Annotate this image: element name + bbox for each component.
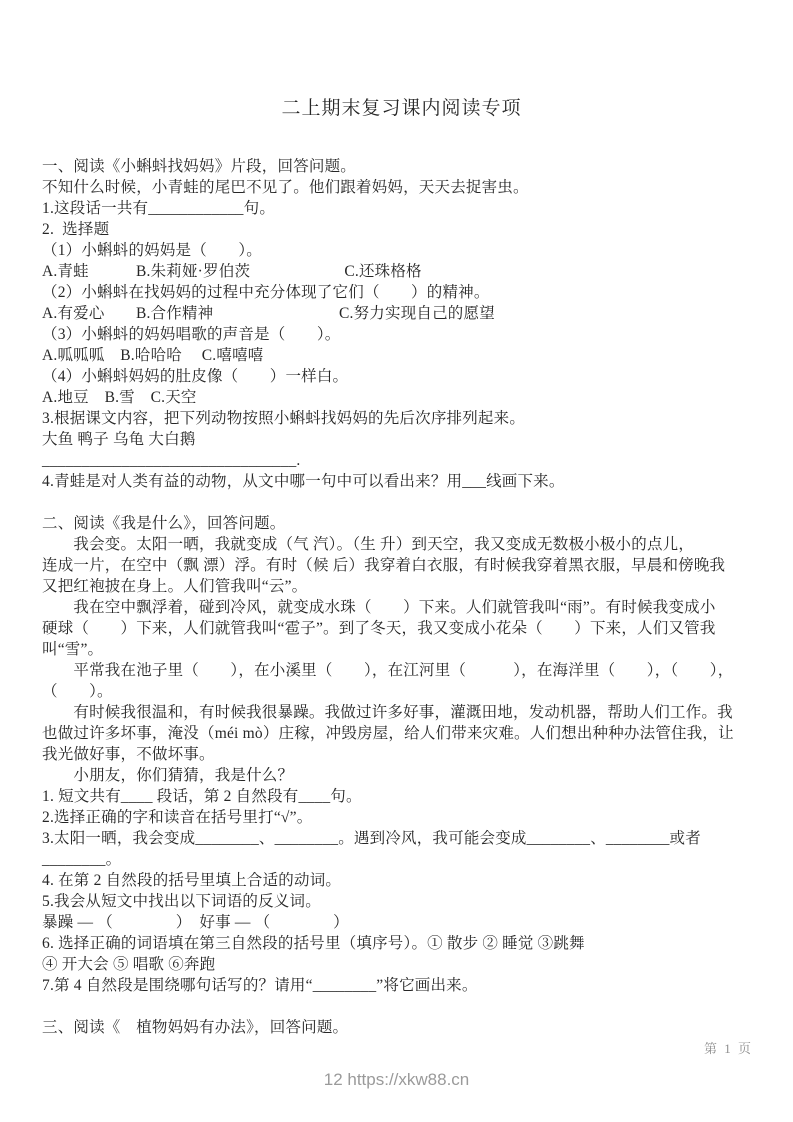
doc-line: 2.选择正确的字和读音在括号里打“√”。 <box>42 807 761 828</box>
doc-line: 4.青蛙是对人类有益的动物，从文中哪一句中可以看出来？用___线画下来。 <box>42 471 761 492</box>
doc-line: A.青蛙 B.朱莉娅·罗伯茨 C.还珠格格 <box>42 261 761 282</box>
doc-line: 不知什么时候，小青蛙的尾巴不见了。他们跟着妈妈，天天去捉害虫。 <box>42 177 761 198</box>
doc-line: A.呱呱呱 B.哈哈哈 C.嘻嘻嘻 <box>42 345 761 366</box>
watermark-url: 12 https://xkw88.cn <box>0 1070 793 1090</box>
section-1-heading: 一、阅读《小蝌蚪找妈妈》片段，回答问题。 <box>42 156 761 177</box>
doc-line: A.有爱心 B.合作精神 C.努力实现自己的愿望 <box>42 303 761 324</box>
doc-line: （1）小蝌蚪的妈妈是（ ）。 <box>42 240 761 261</box>
doc-line: 3.根据课文内容，把下列动物按照小蝌蚪找妈妈的先后次序排列起来。 <box>42 408 761 429</box>
section-2-heading: 二、阅读《我是什么》，回答问题。 <box>42 513 761 534</box>
doc-line: 也做过许多坏事，淹没（méi mò）庄稼，冲毁房屋，给人们带来灾难。人们想出种种… <box>42 723 761 744</box>
page-number: 第 1 页 <box>704 1038 753 1057</box>
doc-line: （ ）。 <box>42 681 761 702</box>
blank-line <box>42 492 761 513</box>
doc-line: 叫“雪”。 <box>42 639 761 660</box>
doc-line: 我在空中飘浮着，碰到冷风，就变成水珠（ ）下来。人们就管我叫“雨”。有时候我变成… <box>42 597 761 618</box>
doc-line: 6. 选择正确的词语填在第三自然段的括号里（填序号）。① 散步 ② 睡觉 ③跳舞 <box>42 933 761 954</box>
doc-line: 4. 在第 2 自然段的括号里填上合适的动词。 <box>42 870 761 891</box>
doc-line: （3）小蝌蚪的妈妈唱歌的声音是（ ）。 <box>42 324 761 345</box>
doc-line: 大鱼 鸭子 乌龟 大白鹅 <box>42 429 761 450</box>
doc-line: 平常我在池子里（ ），在小溪里（ ），在江河里（ ），在海洋里（ ），（ ）， <box>42 660 761 681</box>
doc-line: 暴躁 — （ ） 好事 — （ ） <box>42 912 761 933</box>
doc-line: 有时候我很温和，有时候我很暴躁。我做过许多好事，灌溉田地，发动机器，帮助人们工作… <box>42 702 761 723</box>
doc-line: 又把红袍披在身上。人们管我叫“云”。 <box>42 576 761 597</box>
blank-line <box>42 996 761 1017</box>
page-title: 二上期末复习课内阅读专项 <box>42 96 761 122</box>
doc-line: （4）小蝌蚪妈妈的肚皮像（ ）一样白。 <box>42 366 761 387</box>
doc-line: A.地豆 B.雪 C.天空 <box>42 387 761 408</box>
doc-line: 我会变。太阳一晒，我就变成（气 汽）。（生 升）到天空，我又变成无数极小极小的点… <box>42 534 761 555</box>
answer-blank-line: ________________________________. <box>42 450 761 471</box>
doc-line: 5.我会从短文中找出以下词语的反义词。 <box>42 891 761 912</box>
doc-line: 1. 短文共有____ 段话，第 2 自然段有____句。 <box>42 786 761 807</box>
doc-line: 2. 选择题 <box>42 219 761 240</box>
doc-line: 3.太阳一晒，我会变成________、________。遇到冷风，我可能会变成… <box>42 828 761 849</box>
doc-line: ________。 <box>42 849 761 870</box>
doc-line: 7.第 4 自然段是围绕哪句话写的？请用“________”将它画出来。 <box>42 975 761 996</box>
doc-line: 小朋友，你们猜猜，我是什么？ <box>42 765 761 786</box>
document-page: 二上期末复习课内阅读专项 一、阅读《小蝌蚪找妈妈》片段，回答问题。 不知什么时候… <box>0 0 793 1122</box>
doc-line: ④ 开大会 ⑤ 唱歌 ⑥奔跑 <box>42 954 761 975</box>
document-content: 二上期末复习课内阅读专项 一、阅读《小蝌蚪找妈妈》片段，回答问题。 不知什么时候… <box>42 96 761 1038</box>
doc-line: （2）小蝌蚪在找妈妈的过程中充分体现了它们（ ）的精神。 <box>42 282 761 303</box>
doc-line: 1.这段话一共有____________句。 <box>42 198 761 219</box>
doc-line: 连成一片，在空中（飘 漂）浮。有时（候 后）我穿着白衣服，有时候我穿着黑衣服，早… <box>42 555 761 576</box>
doc-line: 硬球（ ）下来，人们就管我叫“雹子”。到了冬天，我又变成小花朵（ ）下来，人们又… <box>42 618 761 639</box>
doc-line: 我光做好事，不做坏事。 <box>42 744 761 765</box>
section-3-heading: 三、阅读《 植物妈妈有办法》，回答问题。 <box>42 1017 761 1038</box>
